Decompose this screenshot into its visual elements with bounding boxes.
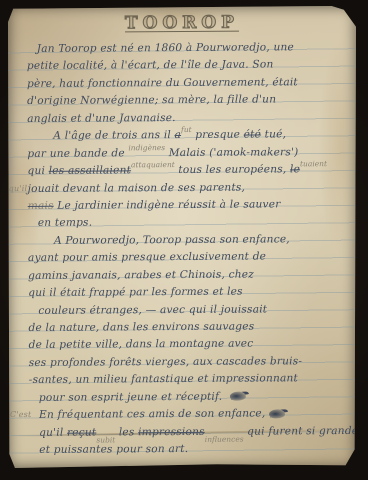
handwritten-text: les assaillaient: [49, 164, 131, 177]
handwritten-text: ses profondes forêts vierges, aux cascad…: [29, 355, 303, 369]
handwritten-text: mais: [28, 200, 54, 212]
manuscript-line: petite localité, à l'écart, de l'île de …: [7, 58, 355, 78]
handwritten-text: reçut: [67, 426, 96, 438]
manuscript-line: qu'iljouait devant la maison de ses pare…: [8, 180, 356, 200]
handwritten-text: pour son esprit jeune et réceptif.: [39, 390, 226, 403]
ink-blot: [269, 409, 285, 418]
handwritten-text: C'est: [10, 410, 31, 419]
handwritten-text: presque: [192, 129, 244, 141]
handwritten-text: d'origine Norwégienne; sa mère, la fille…: [27, 94, 276, 108]
handwritten-text: de la petite ville, dans la montagne ave…: [29, 338, 254, 351]
manuscript-body: Jan Toorop est né en 1860 à Pourworedjo,…: [7, 41, 358, 462]
handwritten-text: qu'il: [39, 426, 67, 438]
handwritten-text: anglais et d'une Javanaise.: [27, 112, 176, 125]
manuscript-line: couleurs étranges, — avec qui il jouissa…: [8, 302, 356, 322]
manuscript-line: père, haut fonctionnaire du Gouvernement…: [7, 76, 355, 96]
manuscript-line: qui il était frappé par les formes et le…: [8, 285, 356, 305]
handwritten-text: tuaient: [300, 159, 327, 168]
handwritten-text: qu'il: [9, 183, 28, 192]
manuscript-page: TOOROP Jan Toorop est né en 1860 à Pourw…: [8, 6, 356, 468]
handwritten-text: ayant pour amis presque exclusivement de: [28, 251, 266, 264]
manuscript-line: et puissantes pour son art.: [9, 442, 357, 462]
handwritten-text: fut: [181, 125, 192, 134]
handwritten-text: jouait devant la maison de ses parents,: [28, 181, 246, 194]
handwritten-text: père, haut fonctionnaire du Gouvernement…: [27, 76, 298, 90]
handwritten-text: gamins javanais, arabes et Chinois, chez: [28, 268, 254, 281]
manuscript-line: de la petite ville, dans la montagne ave…: [9, 337, 357, 357]
manuscript-line: de la nature, dans les environs sauvages: [8, 320, 356, 340]
handwritten-text: En fréquentant ces amis de son enfance,: [39, 408, 265, 421]
handwritten-text: en temps.: [38, 217, 92, 229]
manuscript-line: -santes, un milieu fantastique et impres…: [9, 372, 357, 392]
handwritten-text: été: [244, 129, 261, 141]
ink-blot: [230, 392, 246, 401]
manuscript-line: ses profondes forêts vierges, aux cascad…: [9, 355, 357, 375]
manuscript-line: d'origine Norwégienne; sa mère, la fille…: [7, 93, 355, 113]
handwritten-text: Le jardinier indigène réussit à le sauve…: [54, 198, 281, 211]
manuscript-line: qu'il reçutsubit les impressionsinfluenc…: [9, 425, 357, 445]
handwritten-text: impressions: [138, 425, 205, 437]
manuscript-line: pour son esprit jeune et réceptif.: [9, 390, 357, 410]
handwritten-text: petite localité, à l'écart, de l'île de …: [27, 59, 274, 73]
handwritten-text: couleurs étranges, — avec qui il jouissa…: [38, 303, 267, 316]
handwritten-text: A l'âge de trois ans il: [53, 129, 174, 142]
manuscript-title: TOOROP: [8, 12, 356, 40]
handwritten-text: les: [115, 426, 138, 438]
handwritten-text: A Pourworedjo, Toorop passa son enfance,: [54, 233, 290, 246]
handwritten-text: qui furent si grandes: [244, 425, 364, 438]
manuscript-line: en temps.: [8, 215, 356, 235]
handwritten-text: -santes, un milieu fantastique et impres…: [29, 373, 298, 387]
handwritten-text: attaquaient: [131, 160, 175, 169]
handwritten-text: par une bande de: [27, 147, 128, 160]
manuscript-line: A l'âge de trois ans il afut presque été…: [7, 128, 355, 148]
handwritten-text: Malais ('amok-makers'): [165, 146, 298, 159]
handwritten-text: le: [290, 163, 300, 175]
handwritten-text: tué,: [261, 129, 286, 141]
manuscript-line: qui les assaillaientattaquaient tous les…: [7, 163, 355, 183]
manuscript-line: gamins javanais, arabes et Chinois, chez: [8, 268, 356, 288]
manuscript-line: A Pourworedjo, Toorop passa son enfance,: [8, 233, 356, 253]
manuscript-line: ayant pour amis presque exclusivement de: [8, 250, 356, 270]
handwritten-text: tous les européens,: [175, 163, 290, 176]
manuscript-line: mais Le jardinier indigène réussit à le …: [8, 198, 356, 218]
handwritten-text: et puissantes pour son art.: [39, 443, 188, 456]
handwritten-text: Jan Toorop est né en 1860 à Pourworedjo,…: [37, 41, 294, 55]
manuscript-line: Jan Toorop est né en 1860 à Pourworedjo,…: [7, 41, 355, 61]
handwritten-text: qui il était frappé par les formes et le…: [28, 286, 243, 299]
handwritten-text: de la nature, dans les environs sauvages: [28, 321, 254, 334]
handwritten-text: qui: [27, 165, 48, 177]
handwritten-text: indigènes: [128, 143, 165, 152]
handwritten-text: a: [175, 129, 182, 141]
manuscript-line: C'estEn fréquentant ces amis de son enfa…: [9, 407, 357, 427]
